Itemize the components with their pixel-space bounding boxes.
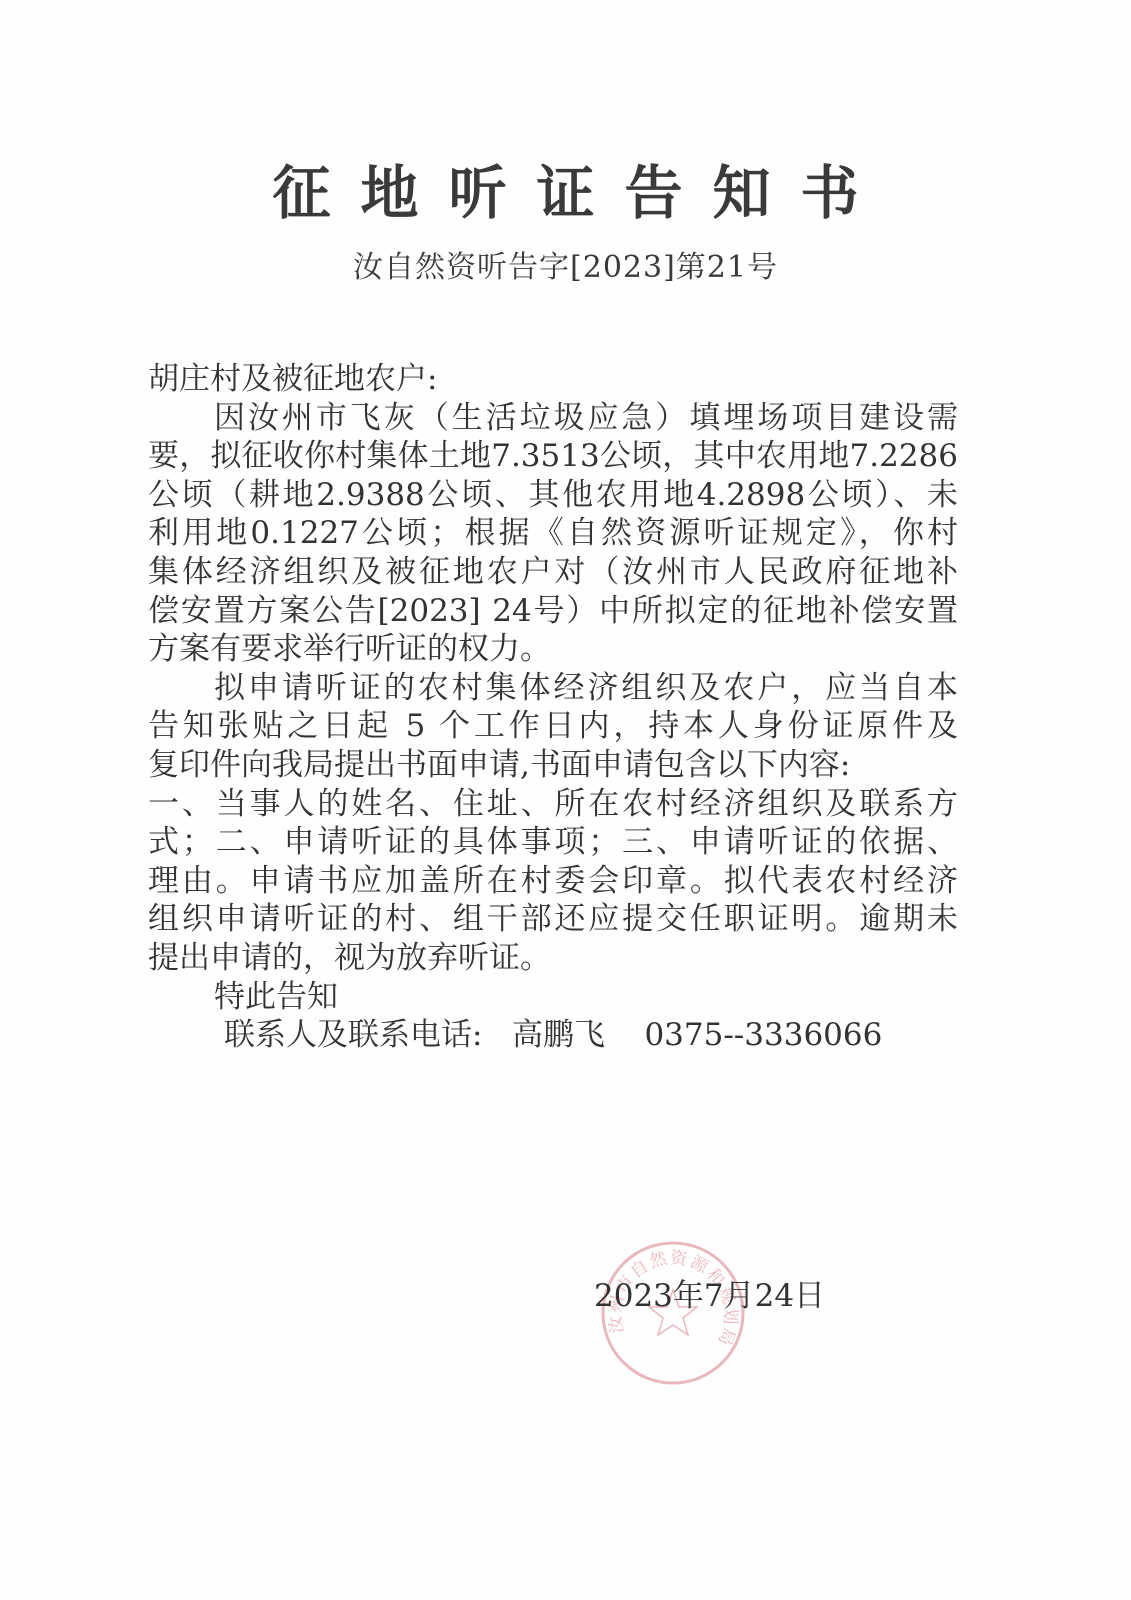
paragraph-2-line: 式；二、申请听证的具体事项；三、申请听证的依据、 bbox=[148, 823, 958, 862]
contact-name: 高鹏飞 bbox=[512, 1017, 605, 1053]
salutation: 胡庄村及被征地农户: bbox=[148, 360, 958, 399]
paragraph-1-line: 偿安置方案公告[2023] 24号）中所拟定的征地补偿安置 bbox=[148, 592, 958, 631]
paragraph-1-line: 要，拟征收你村集体土地7.3513公顷，其中农用地7.2286 bbox=[148, 437, 958, 476]
paragraph-1-line: 因汝州市飞灰（生活垃圾应急）填埋场项目建设需 bbox=[148, 399, 958, 438]
paragraph-2-line: 拟申请听证的农村集体经济组织及农户，应当自本 bbox=[148, 669, 958, 708]
paragraph-1-line: 集体经济组织及被征地农户对（汝州市人民政府征地补 bbox=[148, 553, 958, 592]
document-title: 征地听证告知书 bbox=[0, 158, 1131, 228]
paragraph-2-line: 复印件向我局提出书面申请,书面申请包含以下内容: bbox=[148, 746, 958, 785]
contact-label: 联系人及联系电话: bbox=[224, 1017, 482, 1053]
paragraph-2-line: 理由。申请书应加盖所在村委会印章。拟代表农村经济 bbox=[148, 862, 958, 901]
document-date: 2023年7月24日 bbox=[594, 1276, 825, 1316]
paragraph-2-line: 告知张贴之日起 5 个工作日内，持本人身份证原件及 bbox=[148, 707, 958, 746]
paragraph-1-line: 公顷（耕地2.9388公顷、其他农用地4.2898公顷）、未 bbox=[148, 476, 958, 515]
closing-line: 特此告知 bbox=[148, 978, 958, 1017]
document-number: 汝自然资听告字[2023]第21号 bbox=[0, 248, 1131, 288]
document-body: 胡庄村及被征地农户: 因汝州市飞灰（生活垃圾应急）填埋场项目建设需 要，拟征收你… bbox=[148, 360, 958, 1055]
paragraph-2-line: 一、当事人的姓名、住址、所在农村经济组织及联系方 bbox=[148, 785, 958, 824]
paragraph-2-line: 组织申请听证的村、组干部还应提交任职证明。逾期未 bbox=[148, 900, 958, 939]
document-page: 征地听证告知书 汝自然资听告字[2023]第21号 胡庄村及被征地农户: 因汝州… bbox=[0, 0, 1131, 1600]
paragraph-1-line: 利用地0.1227公顷；根据《自然资源听证规定》，你村 bbox=[148, 514, 958, 553]
contact-phone: 0375--3336066 bbox=[644, 1017, 882, 1053]
paragraph-1-line: 方案有要求举行听证的权力。 bbox=[148, 630, 958, 669]
paragraph-2-line: 提出申请的，视为放弃听证。 bbox=[148, 939, 958, 978]
contact-line: 联系人及联系电话: 高鹏飞 0375--3336066 bbox=[148, 1016, 958, 1055]
